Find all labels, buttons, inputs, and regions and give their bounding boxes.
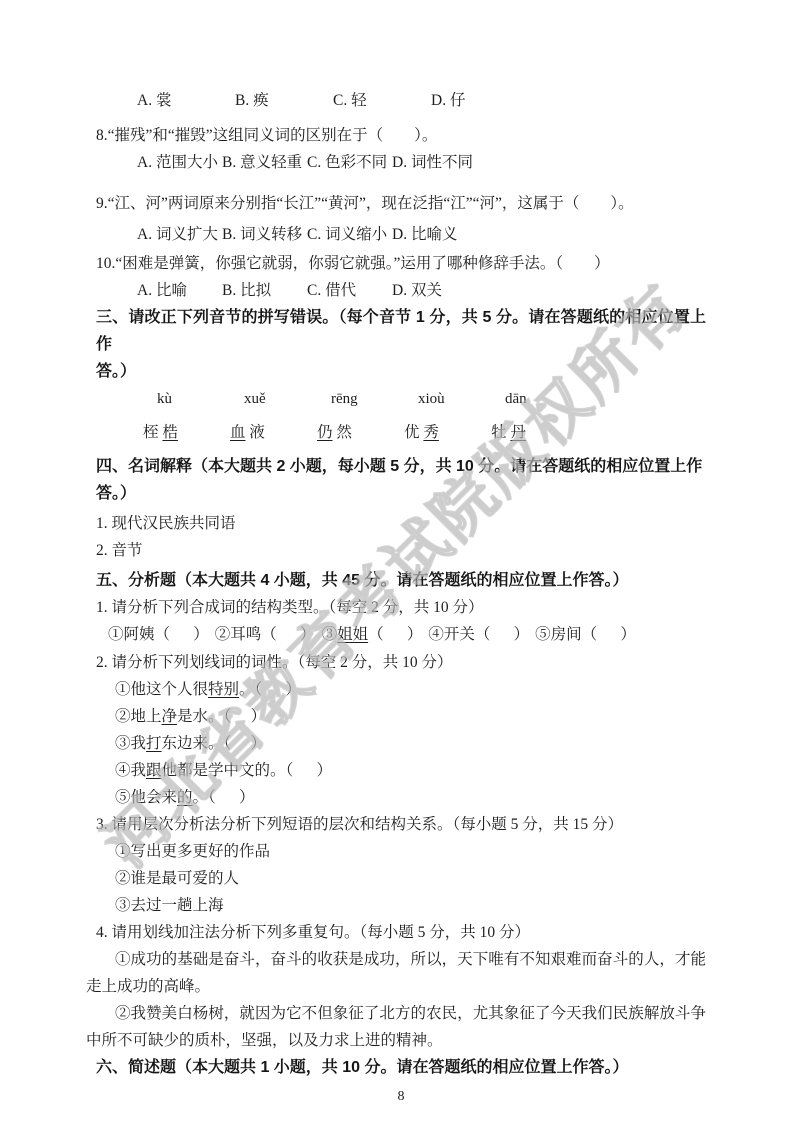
- pinyin-syllable: kù: [143, 385, 230, 413]
- section5-heading: 五、分析题（本大题共 4 小题，共 45 分。请在答题纸的相应位置上作答。）: [96, 567, 706, 594]
- hanzi-word: 血 液: [230, 419, 317, 446]
- q9-options-row: A. 词义扩大B. 词义转移C. 词义缩小D. 比喻义: [96, 221, 706, 248]
- section5-q4-para1-line2: 走上成功的高峰。: [86, 973, 706, 1000]
- q10-option-a: A. 比喻: [137, 277, 222, 304]
- section5-q2-text: 2. 请分析下列划线词的词性。（每空 2 分，共 10 分）: [96, 649, 706, 676]
- pinyin-syllable: xioù: [404, 385, 491, 413]
- pinyin-syllable: dān: [491, 385, 578, 413]
- section5-q2-item: ①他这个人很特别。（ ）: [96, 676, 706, 703]
- section5-q4-para2-line2: 中所不可缺少的质朴，坚强，以及力求上进的精神。: [86, 1027, 706, 1054]
- exam-paper-page: 河北省教育考试院版权所有 A. 裳B. 痪C. 轻D. 仔 8.“摧残”和“摧毁…: [0, 0, 794, 1123]
- q10-options-row: A. 比喻B. 比拟C. 借代D. 双关: [96, 277, 706, 304]
- section4-heading: 四、名词解释（本大题共 2 小题，每小题 5 分，共 10 分。请在答题纸的相应…: [96, 453, 706, 507]
- q9-option-b: B. 词义转移: [222, 221, 307, 248]
- section5-q3-item: ②谁是最可爱的人: [96, 865, 706, 892]
- section5-q2-item: ⑤他会来的。（ ）: [96, 784, 706, 811]
- hanzi-row: 桎 梏血 液仍 然优 秀牡 丹: [96, 419, 706, 446]
- q10-option-d: D. 双关: [392, 277, 477, 304]
- section5-q3-item: ③去过一趟上海: [96, 892, 706, 919]
- pinyin-syllable: rēng: [317, 385, 404, 413]
- section5-q2-item: ②地上净是水。（ ）: [96, 703, 706, 730]
- exam-content: A. 裳B. 痪C. 轻D. 仔 8.“摧残”和“摧毁”这组同义词的区别在于（ …: [0, 0, 794, 1110]
- compound-word-blank: ①阿姨（ ）: [108, 621, 209, 648]
- hanzi-word: 牡 丹: [491, 419, 578, 446]
- q9-option-a: A. 词义扩大: [137, 221, 222, 248]
- q7-option-d: D. 仔: [431, 87, 529, 114]
- q7-option-b: B. 痪: [235, 87, 333, 114]
- section5-q2-item: ④我跟他都是学中文的。（ ）: [96, 757, 706, 784]
- q8-option-a: A. 范围大小: [137, 149, 222, 176]
- section5-q4-para2-line1: ②我赞美白杨树，就因为它不但象征了北方的农民，尤其象征了今天我们民族解放斗争: [86, 1000, 706, 1027]
- q9-text: 9.“江、河”两词原来分别指“长江”“黄河”，现在泛指“江”“河”，这属于（ ）…: [96, 190, 706, 217]
- compound-word-blank: ④开关（ ）: [428, 621, 529, 648]
- q10-text: 10.“困难是弹簧，你强它就弱，你弱它就强。”运用了哪种修辞手法。（ ）: [96, 250, 706, 277]
- q8-options-row: A. 范围大小B. 意义轻重C. 色彩不同D. 词性不同: [96, 149, 706, 176]
- hanzi-word: 优 秀: [404, 419, 491, 446]
- section5-q3-item: ①写出更多更好的作品: [96, 838, 706, 865]
- q9-option-d: D. 比喻义: [392, 221, 477, 248]
- q8-option-c: C. 色彩不同: [307, 149, 392, 176]
- q8-option-d: D. 词性不同: [392, 149, 477, 176]
- compound-word-blank: ⑤房间（ ）: [535, 621, 636, 648]
- section5-q1-items-row: ①阿姨（ ）②耳鸣（ ）③姐姐（ ）④开关（ ）⑤房间（ ）: [96, 621, 706, 648]
- section3-heading-line2: 答。）: [96, 358, 706, 385]
- q10-option-b: B. 比拟: [222, 277, 307, 304]
- section5-q2-item: ③我打东边来。（ ）: [96, 730, 706, 757]
- q10-option-c: C. 借代: [307, 277, 392, 304]
- page-number: 8: [96, 1083, 706, 1110]
- compound-word-blank: ②耳鸣（ ）: [215, 621, 316, 648]
- section3-heading-line1: 三、请改正下列音节的拼写错误。（每个音节 1 分，共 5 分。请在答题纸的相应位…: [96, 304, 706, 358]
- section5-q4-text: 4. 请用划线加注法分析下列多重复句。（每小题 5 分，共 10 分）: [96, 919, 706, 946]
- pinyin-syllable: xuě: [230, 385, 317, 413]
- hanzi-word: 仍 然: [317, 419, 404, 446]
- compound-word-blank: ③姐姐（ ）: [322, 621, 423, 648]
- pinyin-row: kùxuěrēngxioùdān: [96, 385, 706, 413]
- q8-option-b: B. 意义轻重: [222, 149, 307, 176]
- q7-option-c: C. 轻: [333, 87, 431, 114]
- q8-text: 8.“摧残”和“摧毁”这组同义词的区别在于（ ）。: [96, 122, 706, 149]
- section5-q4-para1-line1: ①成功的基础是奋斗，奋斗的收获是成功，所以，天下唯有不知艰难而奋斗的人，才能: [86, 946, 706, 973]
- section4-item-1: 1. 现代汉民族共同语: [96, 510, 706, 537]
- q7-options-row: A. 裳B. 痪C. 轻D. 仔: [96, 87, 706, 114]
- section4-item-2: 2. 音节: [96, 537, 706, 564]
- section5-q3-text: 3. 请用层次分析法分析下列短语的层次和结构关系。（每小题 5 分，共 15 分…: [96, 811, 706, 838]
- section5-q1-text: 1. 请分析下列合成词的结构类型。（每空 2 分，共 10 分）: [96, 594, 706, 621]
- section6-heading: 六、简述题（本大题共 1 小题，共 10 分。请在答题纸的相应位置上作答。）: [96, 1054, 706, 1081]
- hanzi-word: 桎 梏: [143, 419, 230, 446]
- q7-option-a: A. 裳: [137, 87, 235, 114]
- q9-option-c: C. 词义缩小: [307, 221, 392, 248]
